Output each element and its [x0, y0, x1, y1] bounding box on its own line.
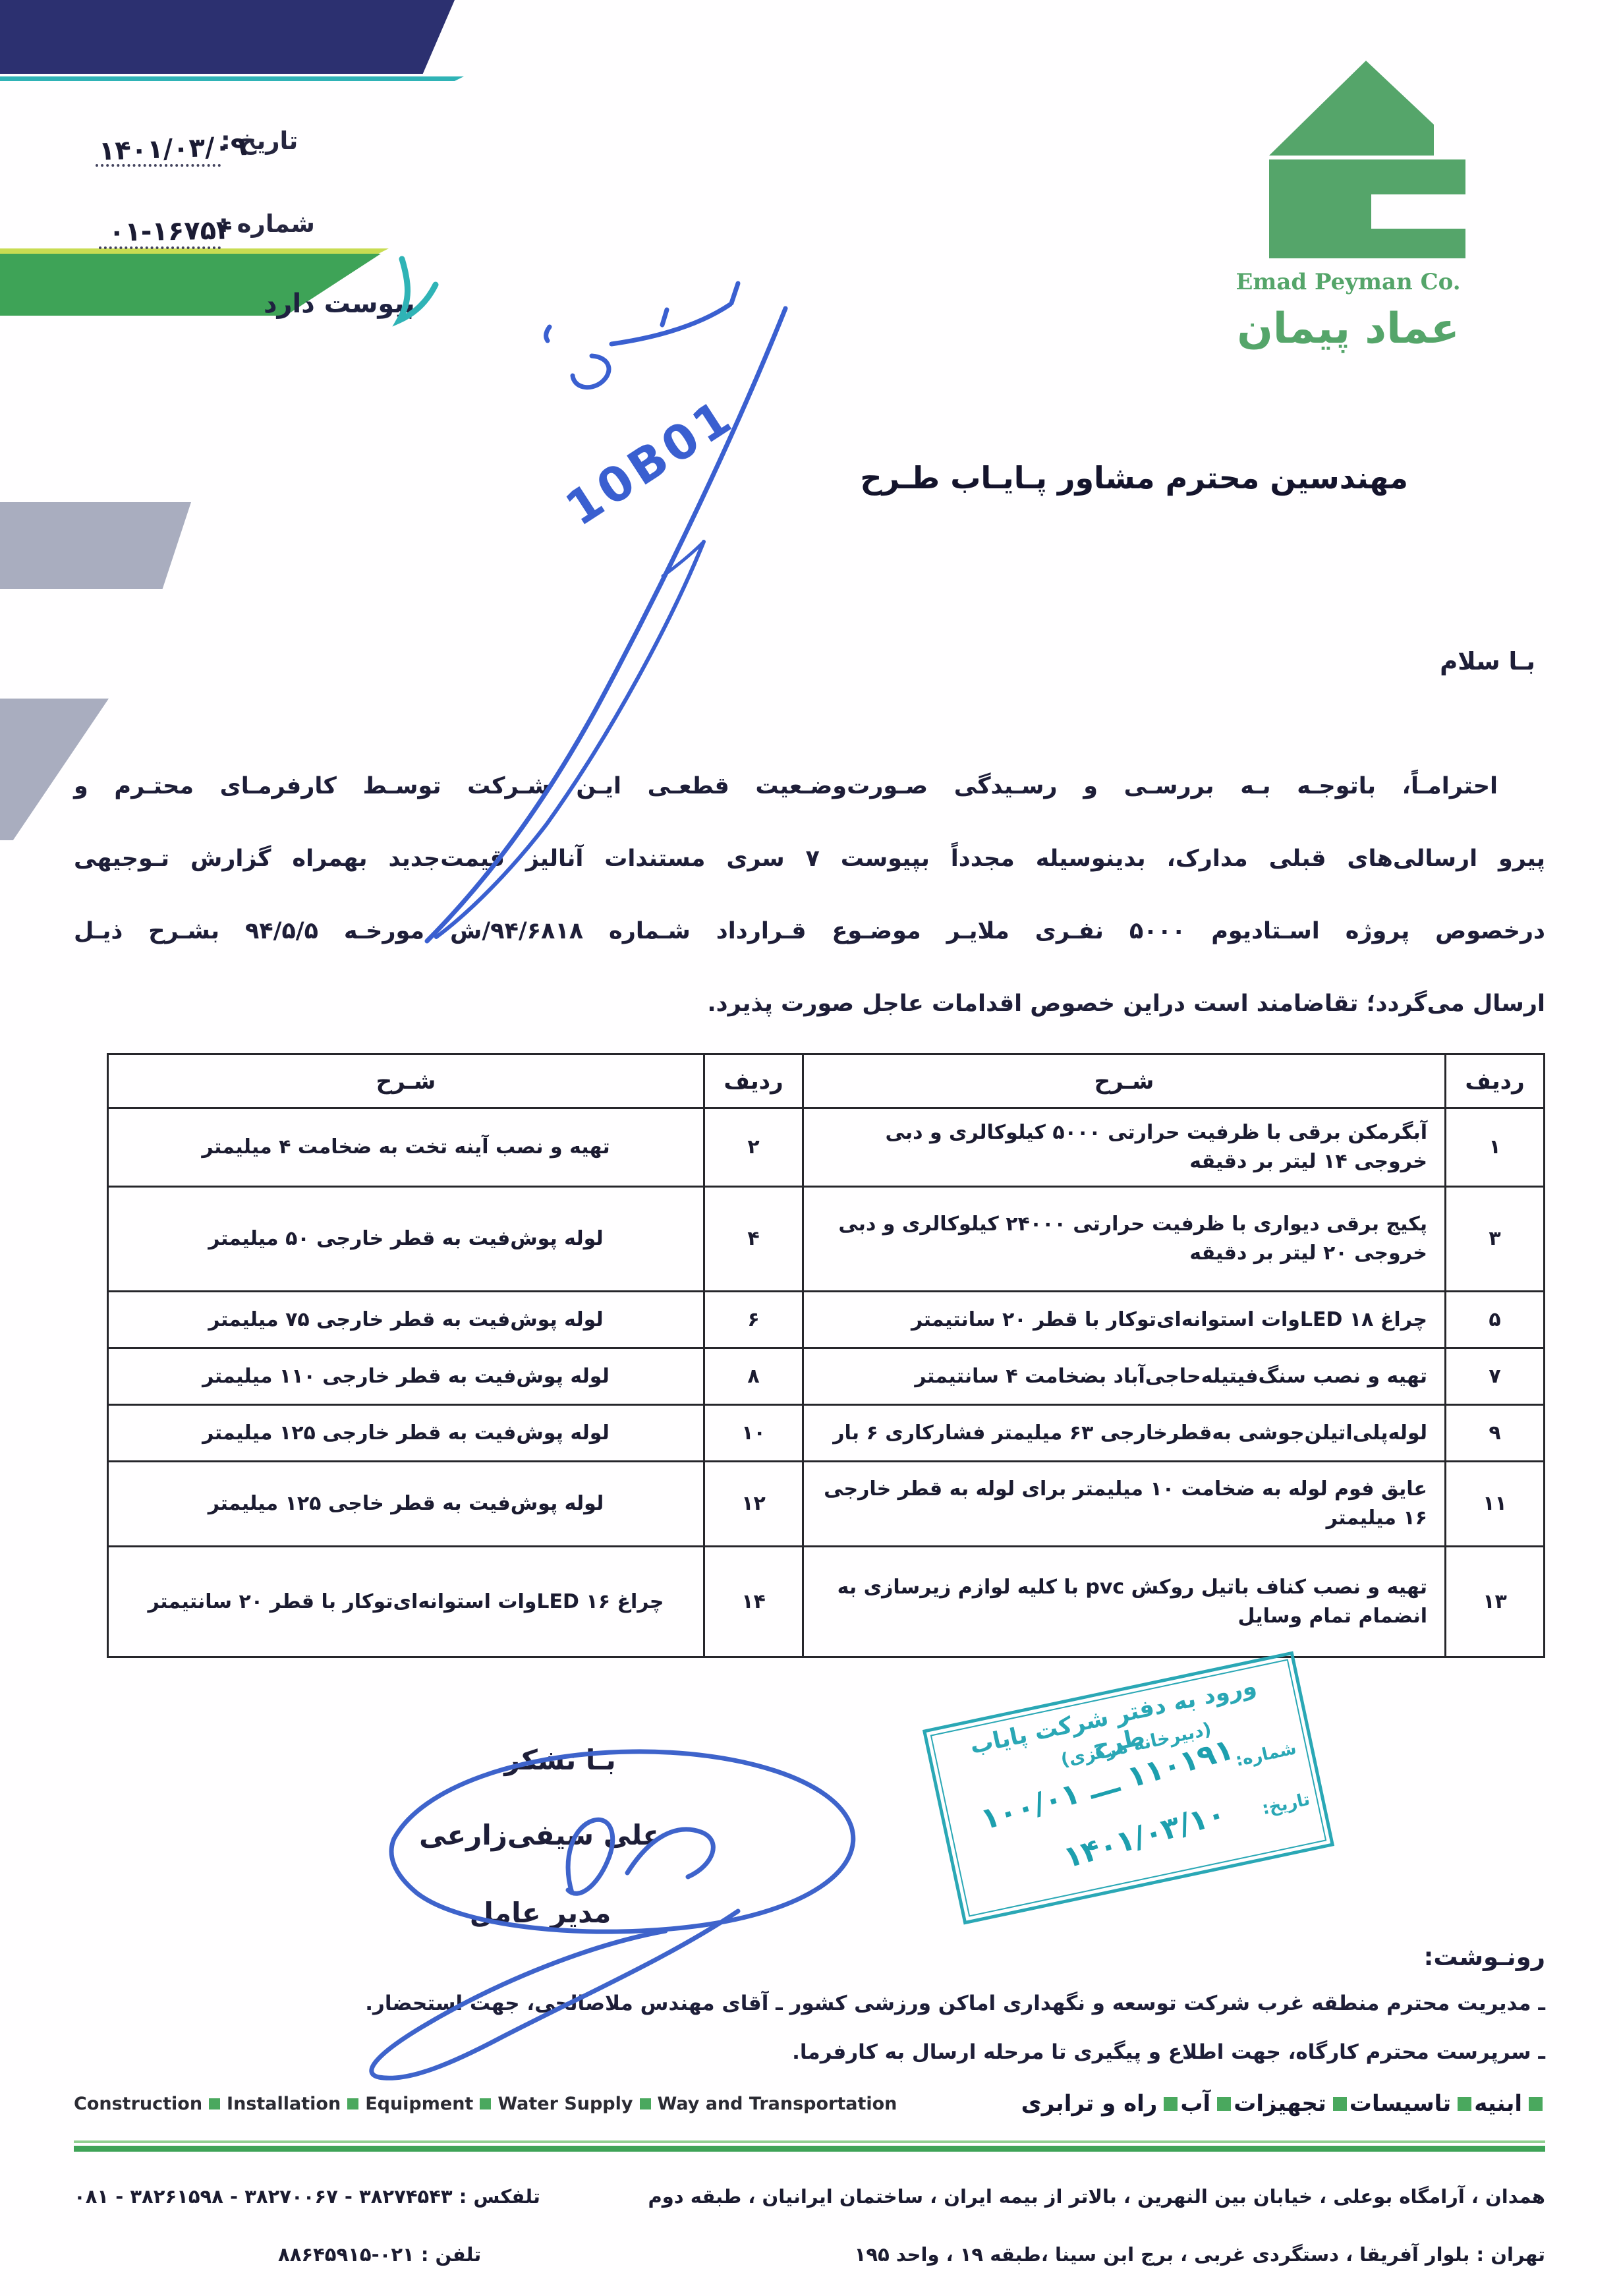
row-no: ۱۲ [704, 1462, 803, 1547]
row-desc: لوله پوش‌فیت به قطر خارجی ۷۵ میلیمتر [108, 1292, 704, 1348]
service-en: Equipment [365, 2094, 473, 2114]
house-e-logo-icon [1269, 59, 1467, 260]
row-no: ۹ [1446, 1405, 1545, 1462]
square-bullet-icon [1164, 2097, 1178, 2111]
square-bullet-icon [640, 2098, 651, 2109]
signatory-name: علی سیفی‌زارعی [369, 1819, 712, 1851]
service-fa: تاسیسات [1349, 2090, 1451, 2117]
square-bullet-icon [209, 2098, 220, 2109]
address-tehran: تهران : بلوار آفریقا ، دستگردی غربی ، بر… [855, 2243, 1545, 2266]
service-fa: راه و ترابری [1021, 2090, 1158, 2117]
pen-scribble [546, 283, 738, 387]
phone-number: تلفن : ۰۲۱-۸۸۶۴۵۹۱۵ [278, 2243, 481, 2266]
letter-title: مهندسین محترم مشاور پـایـاب طـرح [860, 460, 1408, 496]
square-bullet-icon [1217, 2097, 1231, 2111]
stamp-date-label: تاریخ: [1261, 1790, 1312, 1820]
row-no: ۱ [1446, 1108, 1545, 1187]
cc-item: ـ مدیریت محترم منطقه غرب شرکت توسعه و نگ… [365, 1992, 1545, 2015]
row-no: ۱۳ [1446, 1547, 1545, 1657]
col-header-desc-left: شـرح [108, 1054, 704, 1108]
row-desc: لوله پوش‌فیت به قطر خارجی ۵۰ میلیمتر [108, 1187, 704, 1292]
salutation: بـا سلام [1440, 647, 1535, 675]
row-no: ۱۴ [704, 1547, 803, 1657]
row-no: ۵ [1446, 1292, 1545, 1348]
services-english: Construction Installation Equipment Wate… [74, 2094, 897, 2114]
services-persian: ابنیه تاسیسات تجهیزات آب راه و ترابری [1021, 2090, 1545, 2117]
table-header-row: ردیف شـرح ردیف شـرح [108, 1054, 1545, 1108]
company-name-english: Emad Peyman Co. [1210, 269, 1487, 295]
row-no: ۶ [704, 1292, 803, 1348]
attachment-note: پیوست دارد [264, 289, 415, 319]
square-bullet-icon [1333, 2097, 1347, 2111]
receipt-stamp: ورود به دفتر شرکت پایاب طرح (دبیرخانه مر… [923, 1651, 1334, 1925]
row-desc: لوله‌پلی‌اتیلن‌جوشی به‌قطرخارجی ۶۳ میلیم… [803, 1405, 1446, 1462]
col-header-desc-right: شـرح [803, 1054, 1446, 1108]
service-en: Way and Transportation [658, 2094, 897, 2114]
row-no: ۱۰ [704, 1405, 803, 1462]
square-bullet-icon [1458, 2097, 1471, 2111]
footer-contact-row-1: همدان ، آرامگاه بوعلی ، خیابان بین النهر… [74, 2185, 1545, 2208]
address-hamedan: همدان ، آرامگاه بوعلی ، خیابان بین النهر… [648, 2185, 1545, 2208]
row-desc: چراغ LED ۱۸وات استوانه‌ای‌توکار با قطر ۲… [803, 1292, 1446, 1348]
body-line-4: ارسال می‌گردد؛ تقاضامند است دراین خصوص ا… [74, 967, 1545, 1040]
signatory-role: مدیر عامل [409, 1897, 672, 1929]
col-header-row-no-right: ردیف [1446, 1054, 1545, 1108]
row-desc: آبگرمکن برقی با ظرفیت حرارتی ۵۰۰۰ کیلوکا… [803, 1108, 1446, 1187]
service-en: Water Supply [497, 2094, 633, 2114]
table-row: ۱۳ تهیه و نصب کناف باتیل روکش pvc با کلی… [108, 1547, 1545, 1657]
stamp-outer-border: ورود به دفتر شرکت پایاب طرح (دبیرخانه مر… [923, 1651, 1334, 1925]
row-no: ۴ [704, 1187, 803, 1292]
number-label: شماره : [219, 210, 315, 238]
row-desc: تهیه و نصب آینه تخت به ضخامت ۴ میلیمتر [108, 1108, 704, 1187]
stamp-inner-border: ورود به دفتر شرکت پایاب طرح (دبیرخانه مر… [930, 1659, 1327, 1916]
service-en: Installation [227, 2094, 341, 2114]
gray-corner-shape-upper [0, 502, 191, 589]
row-desc: تهیه و نصب سنگ‌فیتیله‌حاجی‌آباد بضخامت ۴… [803, 1348, 1446, 1405]
body-line-1: احترامـاً، باتوجـه بـه بررسـی و رسـیدگی … [74, 750, 1545, 822]
row-desc: لوله پوش‌فیت به قطر خارجی ۱۲۵ میلیمتر [108, 1405, 704, 1462]
table-row: ۱۱ عایق فوم لوله به ضخامت ۱۰ میلیمتر برا… [108, 1462, 1545, 1547]
footer-services: Construction Installation Equipment Wate… [74, 2090, 1545, 2117]
body-line-3: درخصوص پروژه اسـتادیوم ۵۰۰۰ نفـری ملایـر… [74, 895, 1545, 967]
number-value: ۰۱-۱۶۷۵۴ [109, 215, 233, 247]
service-en: Construction [74, 2094, 202, 2114]
service-fa: ابنیه [1474, 2090, 1522, 2117]
col-header-row-no-left: ردیف [704, 1054, 803, 1108]
signature-closing: بـا تشکر [422, 1744, 698, 1776]
company-logo [1269, 59, 1467, 260]
row-desc: لوله پوش‌فیت به قطر خارجی ۱۱۰ میلیمتر [108, 1348, 704, 1405]
footer-rule-dark [74, 2146, 1545, 2152]
letter-page: تاریخ : ۱۴۰۱/۰۳/۰۹ شماره : ۰۱-۱۶۷۵۴ پیوس… [0, 0, 1619, 2296]
company-name-persian: عماد پیمان [1236, 304, 1460, 353]
row-no: ۱۱ [1446, 1462, 1545, 1547]
telefax-numbers: تلفکس : ۳۸۲۷۴۵۴۳ - ۳۸۲۷۰۰۶۷ - ۳۸۲۶۱۵۹۸ -… [74, 2185, 540, 2208]
service-fa: آب [1180, 2090, 1210, 2117]
cc-heading: رونـوشت: [1424, 1943, 1545, 1971]
cc-item: ـ سرپرست محترم کارگاه، جهت اطلاع و پیگیر… [792, 2040, 1545, 2064]
table-row: ۷ تهیه و نصب سنگ‌فیتیله‌حاجی‌آباد بضخامت… [108, 1348, 1545, 1405]
stamp-number-label: شماره: [1234, 1738, 1298, 1771]
square-bullet-icon [480, 2098, 491, 2109]
pen-number-note: 10B01 [556, 387, 744, 536]
table-row: ۵ چراغ LED ۱۸وات استوانه‌ای‌توکار با قطر… [108, 1292, 1545, 1348]
row-no: ۳ [1446, 1187, 1545, 1292]
teal-accent-line [0, 76, 464, 81]
row-no: ۲ [704, 1108, 803, 1187]
row-desc: تهیه و نصب کناف باتیل روکش pvc با کلیه ل… [803, 1547, 1446, 1657]
navy-corner-shape [0, 0, 455, 74]
date-value: ۱۴۰۱/۰۳/۰۹ [98, 131, 247, 167]
row-desc: عایق فوم لوله به ضخامت ۱۰ میلیمتر برای ل… [803, 1462, 1446, 1547]
table-row: ۹ لوله‌پلی‌اتیلن‌جوشی به‌قطرخارجی ۶۳ میل… [108, 1405, 1545, 1462]
footer-rule-light [74, 2140, 1545, 2143]
table-row: ۱ آبگرمکن برقی با ظرفیت حرارتی ۵۰۰۰ کیلو… [108, 1108, 1545, 1187]
letter-body: احترامـاً، باتوجـه بـه بررسـی و رسـیدگی … [74, 750, 1545, 1040]
square-bullet-icon [1529, 2097, 1543, 2111]
items-table: ردیف شـرح ردیف شـرح ۱ آبگرمکن برقی با ظر… [107, 1053, 1545, 1658]
table-row: ۳ پکیج برقی دیواری با ظرفیت حرارتی ۲۴۰۰۰… [108, 1187, 1545, 1292]
footer-contact-row-2: تهران : بلوار آفریقا ، دستگردی غربی ، بر… [74, 2243, 1545, 2266]
square-bullet-icon [347, 2098, 358, 2109]
service-fa: تجهیزات [1234, 2090, 1326, 2117]
green-strip-highlight [0, 248, 389, 254]
row-no: ۸ [704, 1348, 803, 1405]
row-no: ۷ [1446, 1348, 1545, 1405]
row-desc: چراغ LED ۱۶وات استوانه‌ای‌توکار با قطر ۲… [108, 1547, 704, 1657]
row-desc: لوله پوش‌فیت به قطر خاجی ۱۲۵ میلیمتر [108, 1462, 704, 1547]
body-line-2: پیرو ارسالی‌های قبلی مدارک، بدینوسیله مج… [74, 822, 1545, 895]
row-desc: پکیج برقی دیواری با ظرفیت حرارتی ۲۴۰۰۰ ک… [803, 1187, 1446, 1292]
